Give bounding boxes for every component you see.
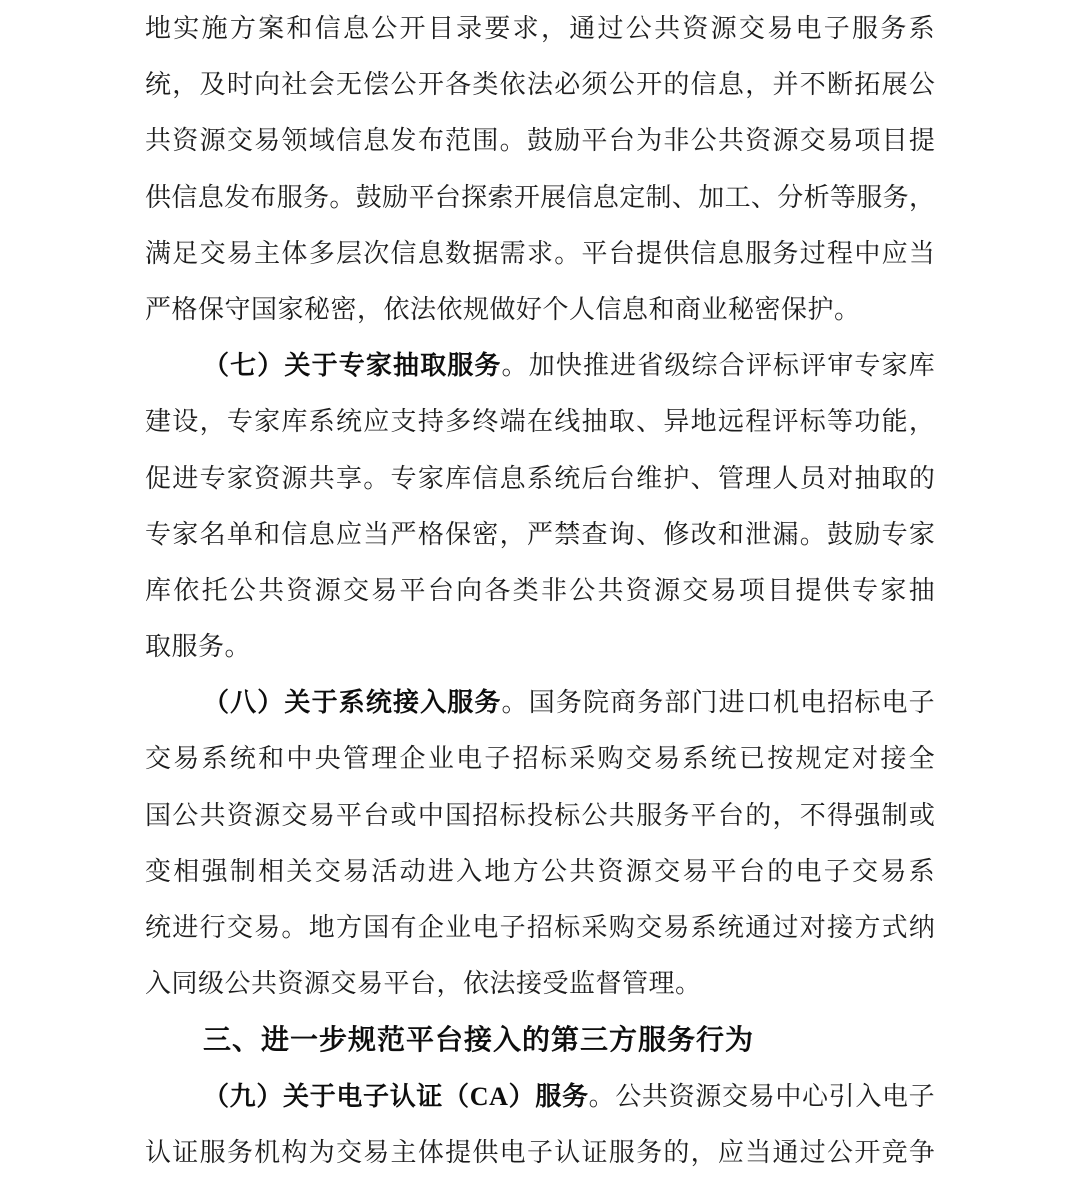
glyph: 展 <box>882 57 908 113</box>
glyph: 共 <box>258 563 284 619</box>
glyph: 源 <box>695 1069 721 1125</box>
glyph: 励 <box>854 507 880 563</box>
glyph: 招 <box>472 788 498 844</box>
glyph: 服 <box>609 1125 635 1177</box>
glyph: 信 <box>691 226 717 282</box>
glyph: 或 <box>909 788 935 844</box>
glyph: 易 <box>309 788 335 844</box>
text-line: 变相强制相关交易活动进入地方公共资源交易平台的电子交易系 <box>145 844 935 900</box>
glyph: 漏 <box>772 507 798 563</box>
text-line: 国公共资源交易平台或中国招标投标公共服务平台的，不得强制或 <box>145 788 935 844</box>
glyph: 交 <box>145 731 171 787</box>
glyph: 展 <box>540 170 566 226</box>
glyph: 求 <box>513 1 539 57</box>
glyph: 。 <box>329 170 355 226</box>
glyph: 专 <box>227 394 253 450</box>
glyph: 、 <box>691 451 717 507</box>
glyph: 标 <box>800 394 826 450</box>
glyph: 制 <box>646 170 672 226</box>
glyph: 严 <box>527 507 553 563</box>
glyph: 询 <box>609 507 635 563</box>
glyph: 共 <box>145 113 171 169</box>
text-line: 统，及时向社会无偿公开各类依法必须公开的信息，并不断拓展公 <box>145 57 935 113</box>
glyph: 进 <box>719 675 745 731</box>
glyph: 等 <box>827 394 853 450</box>
glyph: 建 <box>145 394 171 450</box>
glyph: 息 <box>198 170 224 226</box>
glyph: 单 <box>227 507 253 563</box>
glyph: 平 <box>711 844 737 900</box>
glyph: 加 <box>529 338 555 394</box>
glyph: 、 <box>636 394 662 450</box>
glyph: 务 <box>883 170 909 226</box>
glyph: 服 <box>200 1125 226 1177</box>
glyph: 易 <box>363 1125 389 1177</box>
glyph: 进 <box>172 451 198 507</box>
glyph: 的 <box>767 844 793 900</box>
glyph: ， <box>200 394 226 450</box>
glyph: 、 <box>672 170 698 226</box>
glyph: 格 <box>418 507 444 563</box>
glyph: 库 <box>909 338 935 394</box>
glyph: 鼓 <box>527 113 553 169</box>
glyph: 家 <box>882 338 908 394</box>
glyph: 公 <box>626 1 652 57</box>
glyph: 已 <box>739 731 765 787</box>
glyph: 中 <box>286 731 312 787</box>
glyph: 远 <box>718 394 744 450</box>
glyph: 电 <box>500 1125 526 1177</box>
glyph: 交 <box>281 788 307 844</box>
glyph: 定 <box>824 731 850 787</box>
glyph: 系 <box>691 900 717 956</box>
glyph: 端 <box>500 394 526 450</box>
glyph: 家 <box>254 394 280 450</box>
glyph: 当 <box>909 226 935 282</box>
glyph: 评 <box>800 338 826 394</box>
glyph: 服 <box>636 788 662 844</box>
bold-glyph: 九 <box>230 1069 256 1125</box>
glyph: 抽 <box>909 563 935 619</box>
glyph: 及 <box>200 57 226 113</box>
glyph: 要 <box>484 1 510 57</box>
glyph: 专 <box>852 563 878 619</box>
glyph: 息 <box>593 170 619 226</box>
glyph: 平 <box>400 563 426 619</box>
bold-glyph: 电 <box>336 1069 362 1125</box>
glyph: 入 <box>456 844 482 900</box>
glyph: 、 <box>751 170 777 226</box>
glyph: 系 <box>309 394 335 450</box>
glyph: 息 <box>343 1 369 57</box>
glyph: 进 <box>610 338 636 394</box>
glyph: 系 <box>202 731 228 787</box>
glyph: 企 <box>418 900 444 956</box>
glyph: 索 <box>487 170 513 226</box>
bold-glyph: 证 <box>416 1069 442 1125</box>
glyph: 励 <box>554 113 580 169</box>
glyph: 会 <box>309 57 335 113</box>
glyph: 设 <box>172 394 198 450</box>
glyph: 门 <box>692 675 718 731</box>
glyph: 动 <box>400 844 426 900</box>
glyph: 电 <box>456 731 482 787</box>
glyph: 取 <box>609 394 635 450</box>
glyph: 台 <box>609 226 635 282</box>
glyph: 统 <box>718 900 744 956</box>
glyph: 功 <box>854 394 880 450</box>
glyph: 标 <box>554 788 580 844</box>
glyph: 变 <box>145 844 171 900</box>
glyph: 纳 <box>909 900 935 956</box>
glyph: 目 <box>767 563 793 619</box>
glyph: 按 <box>767 731 793 787</box>
glyph: 国 <box>445 788 471 844</box>
glyph: 目 <box>428 1 454 57</box>
glyph: 提 <box>795 563 821 619</box>
glyph: 后 <box>582 451 608 507</box>
glyph: 公 <box>582 788 608 844</box>
glyph: 地 <box>145 1 171 57</box>
glyph: 提 <box>909 113 935 169</box>
glyph: 供 <box>472 1125 498 1177</box>
glyph: 保 <box>445 507 471 563</box>
glyph: 综 <box>692 338 718 394</box>
glyph: 交 <box>343 563 369 619</box>
glyph: 电 <box>800 675 826 731</box>
glyph: 对 <box>800 900 826 956</box>
glyph: 施 <box>202 1 228 57</box>
glyph: 。 <box>502 675 528 731</box>
glyph: 共 <box>200 788 226 844</box>
glyph: 时 <box>227 57 253 113</box>
glyph: 认 <box>554 1125 580 1177</box>
glyph: 购 <box>598 731 624 787</box>
bold-glyph: 七 <box>230 338 256 394</box>
glyph: 台 <box>718 788 744 844</box>
glyph: 评 <box>746 338 772 394</box>
glyph: 公 <box>909 57 935 113</box>
bold-glyph: 服 <box>447 675 473 731</box>
glyph: 取 <box>882 451 908 507</box>
glyph: 公 <box>172 788 198 844</box>
glyph: 服 <box>277 170 303 226</box>
glyph: 标 <box>773 338 799 394</box>
glyph: 求 <box>527 226 553 282</box>
glyph: 式 <box>882 900 908 956</box>
text-segment: 严格保守国家秘密，依法依规做好个人信息和商业秘密保护。 <box>145 295 861 324</box>
glyph: 系 <box>909 844 935 900</box>
bold-glyph: A <box>489 1069 508 1125</box>
glyph: 规 <box>795 731 821 787</box>
glyph: 多 <box>445 394 471 450</box>
glyph: 过 <box>598 1 624 57</box>
glyph: 向 <box>456 563 482 619</box>
glyph: 系 <box>909 1 935 57</box>
glyph: 据 <box>472 226 498 282</box>
glyph: 库 <box>281 394 307 450</box>
glyph: 易 <box>371 563 397 619</box>
bold-glyph: 抽 <box>393 338 419 394</box>
glyph: 开 <box>854 1125 880 1177</box>
glyph: 方 <box>513 844 539 900</box>
glyph: 国 <box>363 900 389 956</box>
glyph: 竞 <box>882 1125 908 1177</box>
bold-glyph: 于 <box>312 675 338 731</box>
glyph: 统 <box>336 394 362 450</box>
glyph: 交 <box>800 113 826 169</box>
glyph: 电 <box>795 844 821 900</box>
glyph: 非 <box>663 113 689 169</box>
glyph: 地 <box>309 900 335 956</box>
glyph: 密 <box>472 507 498 563</box>
glyph: 公 <box>371 1 397 57</box>
glyph: 。 <box>800 507 826 563</box>
glyph: 资 <box>286 563 312 619</box>
text-line: 促进专家资源共享。专家库信息系统后台维护、管理人员对抽取的 <box>145 451 935 507</box>
glyph: 快 <box>556 338 582 394</box>
glyph: 进 <box>172 900 198 956</box>
text-line: 交易系统和中央管理企业电子招标采购交易系统已按规定对接全 <box>145 731 935 787</box>
glyph: 采 <box>569 731 595 787</box>
glyph: 。 <box>500 113 526 169</box>
glyph: 满 <box>145 226 171 282</box>
bold-glyph: 认 <box>390 1069 416 1125</box>
glyph: 拓 <box>854 57 880 113</box>
glyph: 各 <box>484 563 510 619</box>
glyph: 公 <box>691 113 717 169</box>
glyph: 能 <box>882 394 908 450</box>
glyph: 招 <box>827 675 853 731</box>
glyph: 线 <box>554 394 580 450</box>
glyph: 终 <box>472 394 498 450</box>
glyph: 方 <box>230 1 256 57</box>
glyph: 鼓 <box>356 170 382 226</box>
glyph: 资 <box>626 563 652 619</box>
glyph: 统 <box>145 57 171 113</box>
glyph: 励 <box>382 170 408 226</box>
glyph: 录 <box>456 1 482 57</box>
text-line: 认证服务机构为交易主体提供电子认证服务的，应当通过公开竞争 <box>145 1125 935 1177</box>
glyph: 信 <box>336 113 362 169</box>
glyph: 家 <box>418 451 444 507</box>
glyph: ， <box>909 170 935 226</box>
glyph: 源 <box>772 113 798 169</box>
text-segment: 取服务。 <box>145 632 251 661</box>
glyph: 共 <box>309 451 335 507</box>
bold-glyph: 系 <box>339 675 365 731</box>
glyph: 评 <box>772 394 798 450</box>
glyph: 多 <box>309 226 335 282</box>
glyph: 和 <box>286 1 312 57</box>
glyph: 交 <box>682 563 708 619</box>
glyph: 鼓 <box>827 507 853 563</box>
glyph: 等 <box>830 170 856 226</box>
bold-glyph: 八 <box>230 675 256 731</box>
glyph: 向 <box>254 57 280 113</box>
text-line: 取服务。 <box>145 619 935 675</box>
glyph: 采 <box>582 900 608 956</box>
glyph: 实 <box>173 1 199 57</box>
glyph: 应 <box>363 394 389 450</box>
glyph: 标 <box>500 788 526 844</box>
glyph: 源 <box>200 113 226 169</box>
glyph: 交 <box>739 1 765 57</box>
glyph: 证 <box>582 1125 608 1177</box>
glyph: 电 <box>882 1069 908 1125</box>
glyph: 开 <box>514 170 540 226</box>
glyph: ， <box>691 1125 717 1177</box>
glyph: 平 <box>582 113 608 169</box>
glyph: 强 <box>202 844 228 900</box>
glyph: 并 <box>772 57 798 113</box>
bold-glyph: 务 <box>474 338 500 394</box>
text-line: 供信息发布服务。鼓励平台探索开展信息定制、加工、分析等服务， <box>145 170 935 226</box>
glyph: 方 <box>854 900 880 956</box>
glyph: 应 <box>718 1125 744 1177</box>
glyph: 易 <box>227 226 253 282</box>
glyph: 员 <box>800 451 826 507</box>
glyph: 标 <box>854 675 880 731</box>
glyph: 和 <box>258 731 284 787</box>
glyph: 家 <box>909 507 935 563</box>
glyph: 务 <box>637 675 663 731</box>
glyph: 制 <box>882 788 908 844</box>
glyph: 公 <box>827 1125 853 1177</box>
glyph: 交 <box>227 113 253 169</box>
text-line: 统进行交易。地方国有企业电子招标采购交易系统通过对接方式纳 <box>145 900 935 956</box>
glyph: 信 <box>567 170 593 226</box>
glyph: 围 <box>472 113 498 169</box>
glyph: 专 <box>882 507 908 563</box>
glyph: 交 <box>336 1125 362 1177</box>
glyph: 口 <box>746 675 772 731</box>
bold-glyph: 务 <box>562 1069 588 1125</box>
glyph: 商 <box>610 675 636 731</box>
glyph: 享 <box>336 451 362 507</box>
glyph: 有 <box>391 900 417 956</box>
glyph: 易 <box>880 844 906 900</box>
glyph: 务 <box>636 1125 662 1177</box>
glyph: 开 <box>418 57 444 113</box>
glyph: 务 <box>663 788 689 844</box>
glyph: 强 <box>854 788 880 844</box>
glyph: 过 <box>800 226 826 282</box>
glyph: 人 <box>772 451 798 507</box>
glyph: 易 <box>254 113 280 169</box>
bold-glyph: ） <box>256 1069 282 1125</box>
glyph: 中 <box>854 226 880 282</box>
glyph: 平 <box>408 170 434 226</box>
bold-glyph: 家 <box>366 338 392 394</box>
glyph: 程 <box>827 226 853 282</box>
glyph: 源 <box>711 1 737 57</box>
glyph: 信 <box>391 226 417 282</box>
glyph: 资 <box>682 1 708 57</box>
bold-glyph: 统 <box>366 675 392 731</box>
glyph: 易 <box>682 844 708 900</box>
bold-glyph: 关 <box>284 675 310 731</box>
glyph: 子 <box>909 675 935 731</box>
glyph: 提 <box>445 1125 471 1177</box>
glyph: 抽 <box>854 451 880 507</box>
glyph: 领 <box>281 113 307 169</box>
glyph: 家 <box>172 507 198 563</box>
text-line: 建设，专家库系统应支持多终端在线抽取、异地远程评标等功能， <box>145 394 935 450</box>
glyph: 无 <box>336 57 362 113</box>
glyph: 共 <box>642 1069 668 1125</box>
glyph: 中 <box>775 1069 801 1125</box>
glyph: ， <box>745 57 771 113</box>
glyph: 得 <box>827 788 853 844</box>
text-line: （八）关于系统接入服务。国务院商务部门进口机电招标电子 <box>145 675 935 731</box>
glyph: 的 <box>663 57 689 113</box>
glyph: 资 <box>745 113 771 169</box>
glyph: 易 <box>749 1069 775 1125</box>
glyph: 交 <box>200 226 226 282</box>
bold-glyph: 服 <box>535 1069 561 1125</box>
glyph: 务 <box>303 170 329 226</box>
glyph: 发 <box>224 170 250 226</box>
glyph: 资 <box>254 451 280 507</box>
glyph: 家 <box>880 563 906 619</box>
glyph: 服 <box>856 170 882 226</box>
glyph: 理 <box>745 451 771 507</box>
glyph: 资 <box>172 113 198 169</box>
glyph: 源 <box>315 563 341 619</box>
glyph: 子 <box>824 844 850 900</box>
bold-glyph: 于 <box>312 338 338 394</box>
glyph: 异 <box>663 394 689 450</box>
glyph: 平 <box>336 788 362 844</box>
glyph: 护 <box>663 451 689 507</box>
glyph: 统 <box>145 900 171 956</box>
glyph: 招 <box>527 900 553 956</box>
glyph: 审 <box>827 338 853 394</box>
glyph: 维 <box>636 451 662 507</box>
text-line: 严格保守国家秘密，依法依规做好个人信息和商业秘密保护。 <box>145 282 935 338</box>
glyph: 的 <box>745 788 771 844</box>
glyph: 地 <box>484 844 510 900</box>
glyph: 禁 <box>554 507 580 563</box>
glyph: 。 <box>502 338 528 394</box>
glyph: 交 <box>626 731 652 787</box>
text-line: （七）关于专家抽取服务。加快推进省级综合评标评审专家库 <box>145 338 935 394</box>
glyph: 为 <box>309 1125 335 1177</box>
glyph: 项 <box>739 563 765 619</box>
glyph: 交 <box>852 844 878 900</box>
glyph: 查 <box>582 507 608 563</box>
glyph: 必 <box>554 57 580 113</box>
glyph: 台 <box>609 451 635 507</box>
bold-glyph: 关 <box>283 1069 309 1125</box>
bold-glyph: （ <box>203 1069 229 1125</box>
section-heading: 三、进一步规范平台接入的第三方服务行为 <box>145 1012 935 1068</box>
bold-glyph: 接 <box>393 675 419 731</box>
glyph: 引 <box>829 1069 855 1125</box>
glyph: 行 <box>200 900 226 956</box>
glyph: 依 <box>500 57 526 113</box>
glyph: 项 <box>854 113 880 169</box>
glyph: 接 <box>880 731 906 787</box>
glyph: 布 <box>418 113 444 169</box>
glyph: 台 <box>428 563 454 619</box>
glyph: 子 <box>909 1069 935 1125</box>
glyph: 。 <box>589 1069 615 1125</box>
glyph: 进 <box>428 844 454 900</box>
bold-glyph: 服 <box>447 338 473 394</box>
glyph: 促 <box>145 451 171 507</box>
